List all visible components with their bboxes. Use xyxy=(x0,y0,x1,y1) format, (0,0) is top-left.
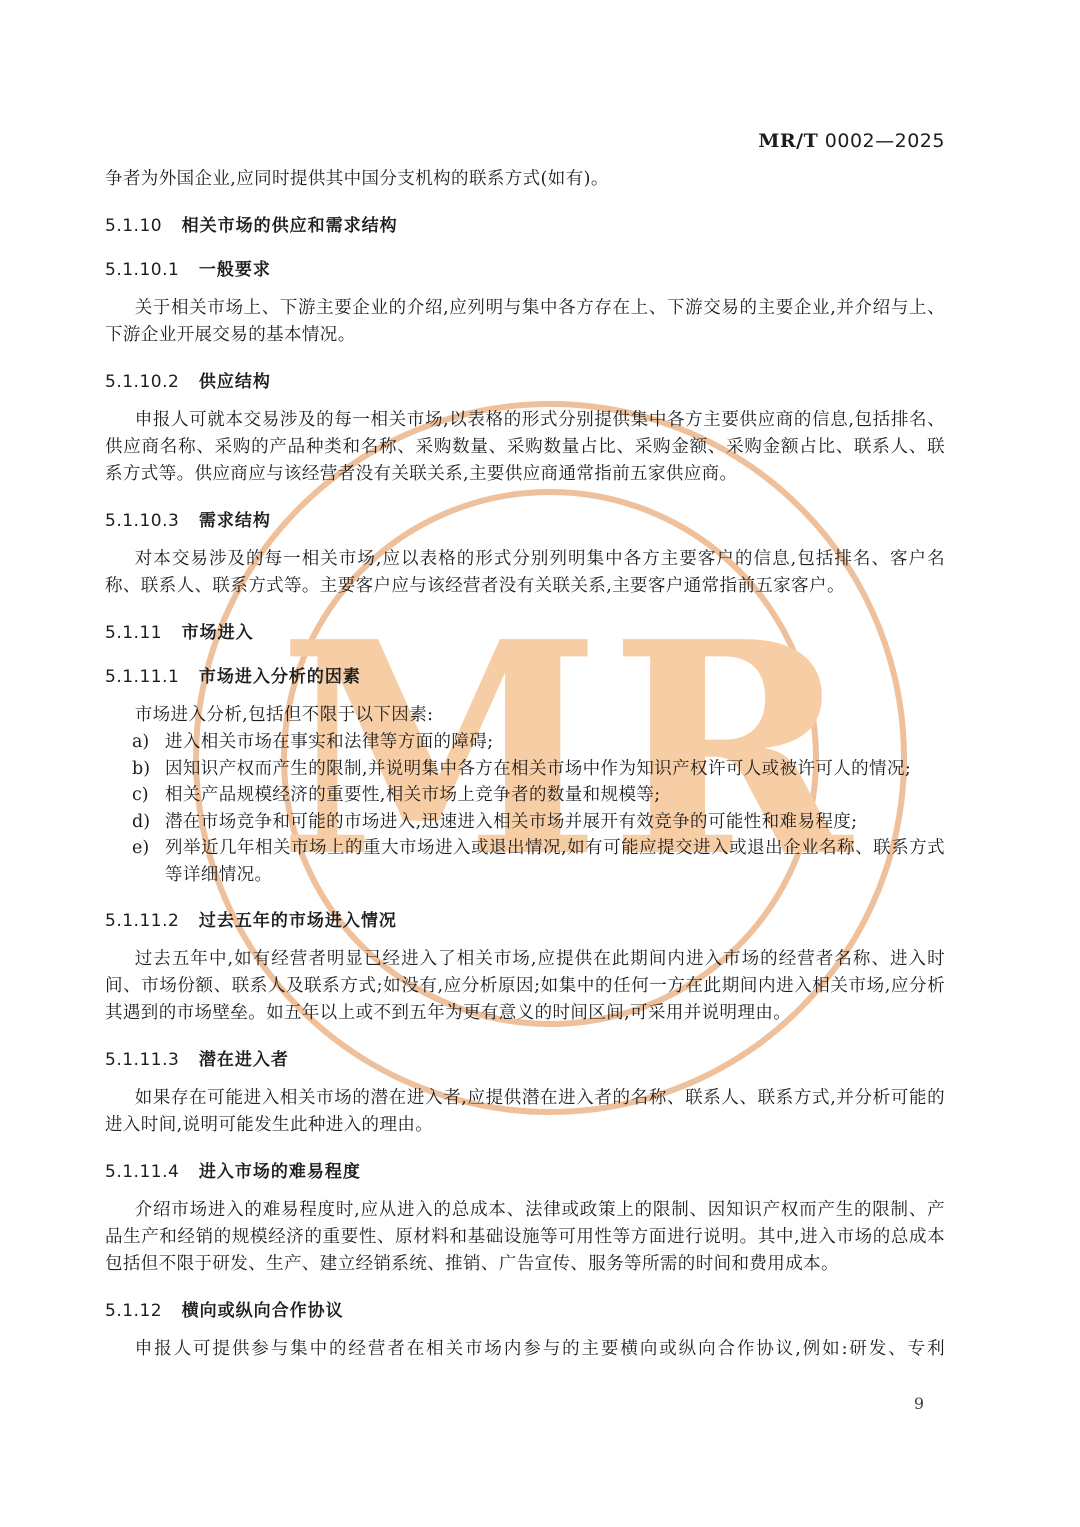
heading-number: 5.1.10 xyxy=(105,216,162,236)
paragraph-list-intro: 市场进入分析,包括但不限于以下因素: xyxy=(105,702,945,729)
paragraph: 对本交易涉及的每一相关市场,应以表格的形式分别列明集中各方主要客户的信息,包括排… xyxy=(105,546,945,600)
list-marker: e) xyxy=(132,835,149,862)
factor-list: a)进入相关市场在事实和法律等方面的障碍; b)因知识产权而产生的限制,并说明集… xyxy=(105,729,945,888)
heading-title: 进入市场的难易程度 xyxy=(199,1162,361,1182)
list-text: 列举近几年相关市场上的重大市场进入或退出情况,如有可能应提交进入或退出企业名称、… xyxy=(165,838,945,885)
page-content: MR/T 0002—2025 争者为外国企业,应同时提供其中国分支机构的联系方式… xyxy=(0,0,1080,1363)
heading-number: 5.1.11.3 xyxy=(105,1050,179,1070)
doc-code: MR/T 0002—2025 xyxy=(105,0,945,152)
list-marker: b) xyxy=(132,756,150,783)
paragraph: 介绍市场进入的难易程度时,应从进入的总成本、法律或政策上的限制、因知识产权而产生… xyxy=(105,1197,945,1278)
list-item: c)相关产品规模经济的重要性,相关市场上竞争者的数量和规模等; xyxy=(105,782,945,809)
list-marker: a) xyxy=(132,729,149,756)
paragraph: 如果存在可能进入相关市场的潜在进入者,应提供潜在进入者的名称、联系人、联系方式,… xyxy=(105,1085,945,1139)
list-text: 相关产品规模经济的重要性,相关市场上竞争者的数量和规模等; xyxy=(165,785,661,805)
heading-title: 一般要求 xyxy=(199,260,271,280)
heading-title: 需求结构 xyxy=(199,511,271,531)
list-item: d)潜在市场竞争和可能的市场进入,迅速进入相关市场并展开有效竞争的可能性和难易程… xyxy=(105,809,945,836)
paragraph: 过去五年中,如有经营者明显已经进入了相关市场,应提供在此期间内进入市场的经营者名… xyxy=(105,946,945,1027)
list-text: 因知识产权而产生的限制,并说明集中各方在相关市场中作为知识产权许可人或被许可人的… xyxy=(165,759,911,779)
list-item: e)列举近几年相关市场上的重大市场进入或退出情况,如有可能应提交进入或退出企业名… xyxy=(105,835,945,888)
paragraph: 申报人可提供参与集中的经营者在相关市场内参与的主要横向或纵向合作协议,例如:研发… xyxy=(105,1336,945,1363)
paragraph: 申报人可就本交易涉及的每一相关市场,以表格的形式分别提供集中各方主要供应商的信息… xyxy=(105,407,945,488)
heading-number: 5.1.10.2 xyxy=(105,372,179,392)
heading-title: 过去五年的市场进入情况 xyxy=(199,911,397,931)
heading-title: 潜在进入者 xyxy=(199,1050,289,1070)
heading-number: 5.1.10.1 xyxy=(105,260,179,280)
list-item: a)进入相关市场在事实和法律等方面的障碍; xyxy=(105,729,945,756)
section-heading-5-1-10-2: 5.1.10.2供应结构 xyxy=(105,371,945,393)
section-heading-5-1-10-1: 5.1.10.1一般要求 xyxy=(105,259,945,281)
section-heading-5-1-11-4: 5.1.11.4进入市场的难易程度 xyxy=(105,1161,945,1183)
heading-number: 5.1.11.2 xyxy=(105,911,179,931)
heading-title: 市场进入 xyxy=(182,623,254,643)
doc-code-number: 0002—2025 xyxy=(825,130,945,152)
list-marker: d) xyxy=(132,809,150,836)
heading-title: 相关市场的供应和需求结构 xyxy=(182,216,398,236)
doc-code-prefix: MR/T xyxy=(758,130,818,152)
document-page: MR MR/T 0002—2025 争者为外国企业,应同时提供其中国分支机构的联… xyxy=(0,0,1080,1527)
list-item: b)因知识产权而产生的限制,并说明集中各方在相关市场中作为知识产权许可人或被许可… xyxy=(105,756,945,783)
section-heading-5-1-10-3: 5.1.10.3需求结构 xyxy=(105,510,945,532)
paragraph-continuation: 争者为外国企业,应同时提供其中国分支机构的联系方式(如有)。 xyxy=(105,166,945,193)
heading-title: 横向或纵向合作协议 xyxy=(182,1301,344,1321)
heading-number: 5.1.12 xyxy=(105,1301,162,1321)
list-text: 进入相关市场在事实和法律等方面的障碍; xyxy=(165,732,494,752)
heading-title: 供应结构 xyxy=(199,372,271,392)
heading-number: 5.1.11.1 xyxy=(105,667,179,687)
list-text: 潜在市场竞争和可能的市场进入,迅速进入相关市场并展开有效竞争的可能性和难易程度; xyxy=(165,812,857,832)
section-heading-5-1-11-1: 5.1.11.1市场进入分析的因素 xyxy=(105,666,945,688)
heading-number: 5.1.11 xyxy=(105,623,162,643)
heading-number: 5.1.10.3 xyxy=(105,511,179,531)
page-number: 9 xyxy=(914,1394,924,1413)
section-heading-5-1-12: 5.1.12横向或纵向合作协议 xyxy=(105,1300,945,1322)
list-marker: c) xyxy=(132,782,149,809)
section-heading-5-1-11-3: 5.1.11.3潜在进入者 xyxy=(105,1049,945,1071)
heading-number: 5.1.11.4 xyxy=(105,1162,179,1182)
section-heading-5-1-10: 5.1.10相关市场的供应和需求结构 xyxy=(105,215,945,237)
paragraph: 关于相关市场上、下游主要企业的介绍,应列明与集中各方存在上、下游交易的主要企业,… xyxy=(105,295,945,349)
section-heading-5-1-11-2: 5.1.11.2过去五年的市场进入情况 xyxy=(105,910,945,932)
section-heading-5-1-11: 5.1.11市场进入 xyxy=(105,622,945,644)
heading-title: 市场进入分析的因素 xyxy=(199,667,361,687)
